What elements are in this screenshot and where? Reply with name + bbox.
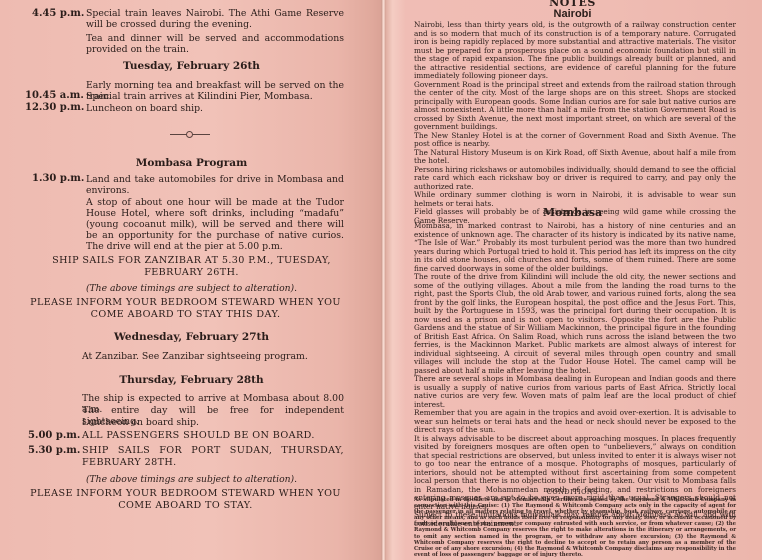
day-heading-tuesday: Tuesday, February 26th xyxy=(0,61,383,72)
day-heading-wednesday: Wednesday, February 27th xyxy=(0,332,383,343)
paragraph: The New Stanley Hotel is at the corner o… xyxy=(414,132,736,149)
entry-text: Luncheon on board ship. xyxy=(86,103,344,114)
conditions-text: As stipulated in Booklets and in Members… xyxy=(414,497,736,558)
entry-time: 12.30 p.m. xyxy=(25,102,84,113)
timings-note: (The above timings are subject to altera… xyxy=(0,283,383,294)
entry-time: 5.00 p.m. xyxy=(28,430,80,441)
steward-notice: PLEASE INFORM YOUR BEDROOM STEWARD WHEN … xyxy=(24,488,347,512)
entry-time: 1.30 p.m. xyxy=(32,173,84,184)
nairobi-heading: Nairobi xyxy=(383,8,762,20)
entry-text: Tea and dinner will be served and accomm… xyxy=(86,33,344,55)
mombasa-notes: Mombasa, in marked contrast to Nairobi, … xyxy=(414,222,736,528)
paragraph: Government Road is the principal street … xyxy=(414,81,736,132)
entry-text: Special train leaves Nairobi. The Athi G… xyxy=(86,8,344,30)
paragraph: The route of the drive from Kilindini wi… xyxy=(414,273,736,375)
entry-text: A stop of about one hour will be made at… xyxy=(86,197,344,252)
entry-time: 4.45 p.m. xyxy=(32,8,84,19)
entry-text: Special train arrives at Kilindini Pier,… xyxy=(86,91,344,102)
entry-text: Land and take automobiles for drive in M… xyxy=(86,174,344,196)
paragraph: Remember that you are again in the tropi… xyxy=(414,409,736,435)
entry-time: 5.30 p.m. xyxy=(28,445,80,456)
paragraph: Nairobi, less than thirty years old, is … xyxy=(414,21,736,81)
paragraph: Mombasa, in marked contrast to Nairobi, … xyxy=(414,222,736,273)
entry-time: 10.45 a.m. xyxy=(25,90,84,101)
entry-text: ALL PASSENGERS SHOULD BE ON BOARD. xyxy=(82,430,344,442)
paragraph: Persons hiring rickshaws or automobiles … xyxy=(414,166,736,192)
paragraph: There are several shops in Mombasa deali… xyxy=(414,375,736,409)
conditions-heading: CONDITIONS xyxy=(383,488,762,496)
nairobi-notes: Nairobi, less than thirty years old, is … xyxy=(414,21,736,225)
sailing-notice-zanzibar: SHIP SAILS FOR ZANZIBAR AT 5.30 P.M., TU… xyxy=(40,255,343,279)
entry-text: Luncheon on board ship. xyxy=(82,417,344,428)
section-heading-mombasa-program: Mombasa Program xyxy=(0,158,383,169)
day-heading-thursday: Thursday, February 28th xyxy=(0,375,383,386)
timings-note: (The above timings are subject to altera… xyxy=(0,474,383,485)
steward-notice: PLEASE INFORM YOUR BEDROOM STEWARD WHEN … xyxy=(24,297,347,321)
mombasa-heading: Mombasa xyxy=(383,206,762,219)
paragraph: The Natural History Museum is on Kirk Ro… xyxy=(414,149,736,166)
section-divider xyxy=(170,131,210,137)
entry-text: At Zanzibar. See Zanzibar sightseeing pr… xyxy=(82,351,344,362)
entry-text: SHIP SAILS FOR PORT SUDAN, THURSDAY, FEB… xyxy=(82,445,344,469)
